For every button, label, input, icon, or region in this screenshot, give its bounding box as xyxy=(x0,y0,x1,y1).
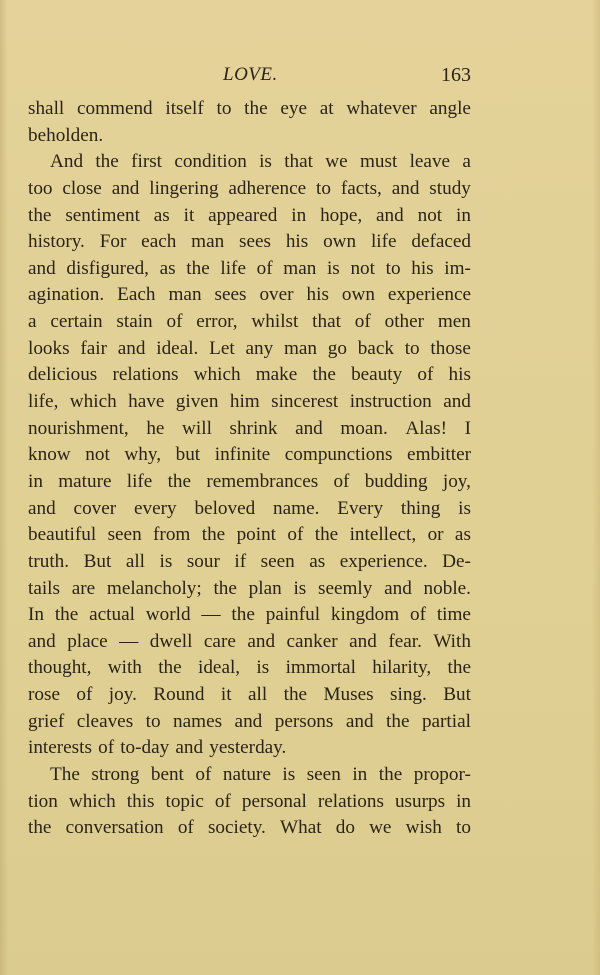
word: why, xyxy=(124,442,161,469)
word: stain xyxy=(116,309,152,336)
text-line: Thestrongbentofnatureisseeninthepropor- xyxy=(28,762,471,789)
word: to xyxy=(146,709,161,736)
word: looks xyxy=(28,336,70,363)
word: sour xyxy=(187,549,220,576)
text-line: interestsofto-dayandyesterday. xyxy=(28,735,471,762)
word: it xyxy=(184,203,195,230)
word: will xyxy=(182,416,212,443)
word: we xyxy=(325,149,347,176)
word: embitter xyxy=(407,442,471,469)
word: that xyxy=(284,149,313,176)
word: life, xyxy=(28,389,58,416)
text-line: agination.Eachmanseesoverhisownexperienc… xyxy=(28,282,471,309)
word: experience xyxy=(388,282,471,309)
word: error, xyxy=(196,309,237,336)
word: seemly xyxy=(318,576,372,603)
word: close xyxy=(62,176,101,203)
word: all xyxy=(126,549,145,576)
word: which xyxy=(69,789,116,816)
word: relations xyxy=(112,362,178,389)
word: man xyxy=(191,229,224,256)
word: and xyxy=(175,735,203,762)
text-line: history.Foreachmanseeshisownlifedefaced xyxy=(28,229,471,256)
word: do xyxy=(336,815,355,842)
word: hilarity, xyxy=(372,655,431,682)
word: whatever xyxy=(346,96,416,123)
word: to xyxy=(316,176,331,203)
word: relations xyxy=(318,789,384,816)
word: But xyxy=(443,682,471,709)
word: and xyxy=(28,496,56,523)
word: is xyxy=(256,655,269,682)
text-line: thesentimentasitappearedinhope,andnotin xyxy=(28,203,471,230)
word: sees xyxy=(239,229,271,256)
word: not xyxy=(418,203,443,230)
word: as xyxy=(309,549,325,576)
word: or xyxy=(428,522,444,549)
word: beauty xyxy=(351,362,402,389)
word: must xyxy=(360,149,397,176)
word: make xyxy=(256,362,298,389)
word: of xyxy=(178,815,194,842)
word: over xyxy=(259,282,293,309)
word: grief xyxy=(28,709,64,736)
word: is xyxy=(282,762,295,789)
word: a xyxy=(28,309,37,336)
word: joy, xyxy=(443,469,471,496)
word: itself xyxy=(165,96,203,123)
word: society. xyxy=(208,815,266,842)
word: the xyxy=(28,815,51,842)
word: given xyxy=(176,389,219,416)
word: which xyxy=(70,389,117,416)
text-line: Andthefirstconditionisthatwemustleavea xyxy=(28,149,471,176)
word: cover xyxy=(74,496,117,523)
word: Let xyxy=(209,336,235,363)
word: history. xyxy=(28,229,85,256)
word: nature xyxy=(223,762,271,789)
word: as xyxy=(160,256,176,283)
word: sing. xyxy=(390,682,427,709)
word: is xyxy=(259,149,272,176)
word: his xyxy=(307,282,329,309)
word: mature xyxy=(58,469,111,496)
word: and xyxy=(384,576,412,603)
word: fear. xyxy=(388,629,422,656)
text-line: Intheactualworld—thepainfulkingdomoftime xyxy=(28,602,471,629)
word: know xyxy=(28,442,71,469)
word: im- xyxy=(444,256,471,283)
word: strong xyxy=(91,762,139,789)
word: conversation xyxy=(66,815,164,842)
text-line: knownotwhy,butinfinitecompunctionsembitt… xyxy=(28,442,471,469)
word: to xyxy=(405,336,420,363)
text-line: theconversationofsociety.Whatdowewishto xyxy=(28,815,471,842)
word: as xyxy=(154,203,170,230)
word: point xyxy=(237,522,276,549)
word: to xyxy=(217,96,232,123)
word: the xyxy=(28,203,51,230)
word: Every xyxy=(337,496,383,523)
word: of xyxy=(76,682,92,709)
word: if xyxy=(234,549,246,576)
word: the xyxy=(284,682,307,709)
word: sincerest xyxy=(271,389,338,416)
running-head-title: LOVE. xyxy=(223,64,278,86)
word: partial xyxy=(422,709,471,736)
word: whilst xyxy=(251,309,298,336)
word: that xyxy=(312,309,341,336)
word: is xyxy=(458,496,471,523)
word: life xyxy=(371,229,397,256)
word: remembrances xyxy=(206,469,318,496)
word: compunctions xyxy=(285,442,393,469)
word: moan. xyxy=(340,416,387,443)
word: yesterday. xyxy=(209,735,286,762)
word: infinite xyxy=(215,442,270,469)
word: commend xyxy=(77,96,153,123)
word: to xyxy=(386,256,401,283)
text-line: beautifulseenfromthepointoftheintellect,… xyxy=(28,522,471,549)
word: cleaves xyxy=(77,709,133,736)
word: in xyxy=(456,203,471,230)
word: and xyxy=(118,336,146,363)
word: thing xyxy=(401,496,440,523)
word: hope, xyxy=(320,203,362,230)
word: back xyxy=(358,336,394,363)
word: The xyxy=(50,762,80,789)
word: personal xyxy=(242,789,307,816)
word: wish xyxy=(406,815,442,842)
word: of xyxy=(195,762,211,789)
word: truth. xyxy=(28,549,69,576)
word: With xyxy=(433,629,471,656)
word: — xyxy=(201,602,220,629)
word: seen xyxy=(307,762,341,789)
word: Each xyxy=(117,282,155,309)
word: study xyxy=(429,176,471,203)
word: each xyxy=(141,229,176,256)
word: immortal xyxy=(286,655,356,682)
word: have xyxy=(128,389,164,416)
word: adherence xyxy=(228,176,306,203)
word: leave xyxy=(410,149,450,176)
word: topic xyxy=(166,789,204,816)
word: the xyxy=(448,655,471,682)
text-line: andcovereverybelovedname.Everythingis xyxy=(28,496,471,523)
word: What xyxy=(280,815,322,842)
word: angle xyxy=(429,96,471,123)
word: of xyxy=(257,256,273,283)
word: ideal. xyxy=(156,336,198,363)
word: and xyxy=(443,389,471,416)
word: the xyxy=(312,362,335,389)
text-line: tailsaremelancholy;theplanisseemlyandnob… xyxy=(28,576,471,603)
word: and xyxy=(28,256,56,283)
word: appeared xyxy=(208,203,277,230)
word: experience. xyxy=(340,549,428,576)
word: I xyxy=(465,416,471,443)
word: world xyxy=(146,602,191,629)
word: it xyxy=(221,682,232,709)
word: But xyxy=(84,549,112,576)
word: in xyxy=(352,762,367,789)
word: all xyxy=(248,682,267,709)
word: certain xyxy=(50,309,102,336)
word: the xyxy=(386,709,409,736)
word: we xyxy=(369,815,391,842)
word: kingdom xyxy=(331,602,399,629)
word: own xyxy=(323,229,356,256)
text-line: griefcleavestonamesandpersonsandtheparti… xyxy=(28,709,471,736)
page-edge-left xyxy=(0,0,8,975)
word: nourishment, xyxy=(28,416,129,443)
word: and xyxy=(346,709,374,736)
word: name. xyxy=(273,496,319,523)
text-line: shallcommenditselftotheeyeatwhateverangl… xyxy=(28,96,471,123)
word: man xyxy=(169,282,202,309)
word: delicious xyxy=(28,362,97,389)
word: time xyxy=(437,602,471,629)
text-line: toocloseandlingeringadherencetofacts,and… xyxy=(28,176,471,203)
word: canker xyxy=(287,629,338,656)
word: shrink xyxy=(230,416,278,443)
word: man xyxy=(283,256,316,283)
word: too xyxy=(28,176,53,203)
word: and xyxy=(28,629,56,656)
text-line: roseofjoy.RounditalltheMusessing.But xyxy=(28,682,471,709)
word: melancholy; xyxy=(107,576,202,603)
word: any xyxy=(245,336,273,363)
word: condition xyxy=(174,149,246,176)
word: of xyxy=(166,309,182,336)
text-line: tionwhichthistopicofpersonalrelationsusu… xyxy=(28,789,471,816)
word: those xyxy=(430,336,471,363)
page-edge-right xyxy=(592,0,600,975)
word: as xyxy=(455,522,471,549)
word: from xyxy=(153,522,190,549)
word: — xyxy=(119,629,138,656)
word: the xyxy=(186,256,209,283)
word: in xyxy=(28,469,43,496)
word: his xyxy=(449,362,471,389)
word: bent xyxy=(151,762,184,789)
word: Alas! xyxy=(405,416,447,443)
word: to xyxy=(456,815,471,842)
word: to-day xyxy=(120,735,169,762)
word: of xyxy=(287,522,303,549)
word: of xyxy=(215,789,231,816)
word: with xyxy=(108,655,142,682)
word: and xyxy=(376,203,404,230)
word: men xyxy=(438,309,471,336)
word: a xyxy=(462,149,471,176)
word: is xyxy=(293,576,306,603)
word: dwell xyxy=(150,629,193,656)
text-line: life,whichhavegivenhimsincerestinstructi… xyxy=(28,389,471,416)
text-line: thought,withtheideal,isimmortalhilarity,… xyxy=(28,655,471,682)
word: seen xyxy=(108,522,142,549)
word: lingering xyxy=(149,176,218,203)
word: interests xyxy=(28,735,92,762)
word: the xyxy=(168,469,191,496)
word: the xyxy=(213,576,236,603)
text-line: inmaturelifetheremembrancesofbuddingjoy, xyxy=(28,469,471,496)
word: this xyxy=(127,789,155,816)
word: propor- xyxy=(414,762,471,789)
text-line: anddisfigured,asthelifeofmanisnottohisim… xyxy=(28,256,471,283)
word: him xyxy=(230,389,260,416)
word: his xyxy=(286,229,308,256)
word: noble. xyxy=(424,576,471,603)
word: disfigured, xyxy=(66,256,149,283)
word: beautiful xyxy=(28,522,96,549)
word: In xyxy=(28,602,44,629)
word: And xyxy=(50,149,83,176)
word: care xyxy=(204,629,236,656)
word: seen xyxy=(261,549,295,576)
word: the xyxy=(379,762,402,789)
word: the xyxy=(95,149,118,176)
text-line: beholden. xyxy=(28,123,471,150)
word: plan xyxy=(249,576,282,603)
word: the xyxy=(315,522,338,549)
word: and xyxy=(349,629,377,656)
word: and xyxy=(247,629,275,656)
word: rose xyxy=(28,682,60,709)
word: life xyxy=(127,469,153,496)
running-head: LOVE. 163 xyxy=(28,64,471,92)
text-line: andplace—dwellcareandcankerandfear.With xyxy=(28,629,471,656)
word: the xyxy=(244,96,267,123)
word: joy. xyxy=(109,682,137,709)
word: of xyxy=(417,362,433,389)
word: first xyxy=(131,149,162,176)
word: and xyxy=(235,709,263,736)
text-line: acertainstainoferror,whilstthatofotherme… xyxy=(28,309,471,336)
word: in xyxy=(456,789,471,816)
word: and xyxy=(295,416,323,443)
word: not xyxy=(350,256,375,283)
word: actual xyxy=(89,602,135,629)
word: and xyxy=(392,176,420,203)
word: go xyxy=(328,336,347,363)
word: of xyxy=(333,469,349,496)
word: at xyxy=(320,96,334,123)
word: intellect, xyxy=(350,522,417,549)
word: Muses xyxy=(323,682,373,709)
word: tails xyxy=(28,576,60,603)
word: own xyxy=(342,282,375,309)
word: he xyxy=(146,416,164,443)
word: thought, xyxy=(28,655,91,682)
word: eye xyxy=(280,96,307,123)
word: of xyxy=(98,735,114,762)
word: defaced xyxy=(411,229,471,256)
word: the xyxy=(231,602,254,629)
word: are xyxy=(72,576,95,603)
word: not xyxy=(85,442,110,469)
word: budding xyxy=(365,469,428,496)
text-line: deliciousrelationswhichmakethebeautyofhi… xyxy=(28,362,471,389)
word: sees xyxy=(215,282,247,309)
word: persons xyxy=(275,709,334,736)
text-line: looksfairandideal.Letanymangobacktothose xyxy=(28,336,471,363)
word: the xyxy=(55,602,78,629)
word: of xyxy=(410,602,426,629)
word: but xyxy=(176,442,201,469)
page-number: 163 xyxy=(441,64,471,87)
word: shall xyxy=(28,96,64,123)
text-line: truth.Butallissourifseenasexperience.De- xyxy=(28,549,471,576)
word: the xyxy=(158,655,181,682)
word: of xyxy=(355,309,371,336)
word: man xyxy=(284,336,317,363)
body-text: shallcommenditselftotheeyeatwhateverangl… xyxy=(28,96,471,842)
word: and xyxy=(112,176,140,203)
word: painful xyxy=(266,602,320,629)
word: the xyxy=(202,522,225,549)
word: sentiment xyxy=(65,203,140,230)
text-line: nourishment,hewillshrinkandmoan.Alas!I xyxy=(28,416,471,443)
word: For xyxy=(100,229,127,256)
word: other xyxy=(385,309,424,336)
word: is xyxy=(160,549,173,576)
word: his xyxy=(411,256,433,283)
word: in xyxy=(291,203,306,230)
word: Round xyxy=(153,682,204,709)
word: De- xyxy=(442,549,471,576)
word: which xyxy=(194,362,241,389)
word: tion xyxy=(28,789,58,816)
word: facts, xyxy=(341,176,382,203)
word: usurps xyxy=(395,789,445,816)
word: names xyxy=(173,709,222,736)
word: instruction xyxy=(350,389,432,416)
word: ideal, xyxy=(198,655,240,682)
word: beloved xyxy=(194,496,255,523)
word: every xyxy=(134,496,177,523)
word: agination. xyxy=(28,282,104,309)
word: fair xyxy=(80,336,107,363)
word: beholden. xyxy=(28,123,103,150)
word: place xyxy=(67,629,107,656)
word: is xyxy=(327,256,340,283)
word: life xyxy=(220,256,246,283)
